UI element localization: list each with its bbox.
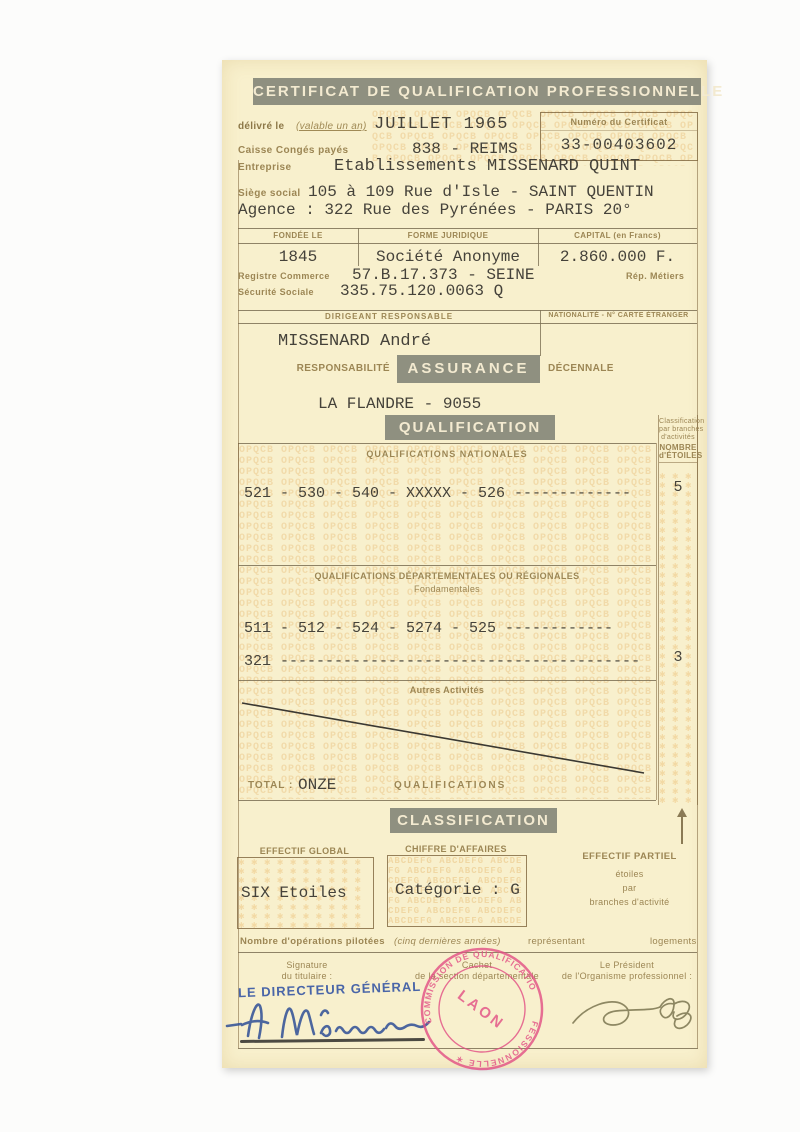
decennale-label: DÉCENNALE xyxy=(548,363,614,374)
entreprise-value: Etablissements MISSENARD QUINT xyxy=(334,157,640,176)
effectif-global-box: ✱ ✱ ✱ ✱ ✱ ✱ ✱ ✱ ✱ ✱ ✱ ✱ ✱ ✱ ✱ ✱ ✱ ✱ ✱ ✱ … xyxy=(237,857,374,929)
forme-header: FORME JURIDIQUE xyxy=(358,231,538,240)
total-label: TOTAL : xyxy=(248,780,293,791)
delivre-value: JUILLET 1965 xyxy=(374,115,508,134)
delivre-note: (valable un an) xyxy=(296,121,367,132)
assurance-label: ASSURANCE xyxy=(407,360,529,377)
caisse-value: 838 - REIMS xyxy=(412,140,518,158)
classification-bar: CLASSIFICATION xyxy=(390,808,557,833)
chiffre-affaires-box: ABCDEFG ABCDEFG ABCDEFG ABCDEFG ABCDEFG … xyxy=(387,855,527,927)
securite-value: 335.75.120.0063 Q xyxy=(340,282,503,300)
stars-header-line1: Classification xyxy=(659,418,697,426)
logements-label: logements xyxy=(650,936,697,947)
svg-text:COMMISSION DE QUALIFICATION PR: COMMISSION DE QUALIFICATION PRO xyxy=(412,937,539,1031)
titulaire-label1: Signature xyxy=(252,960,362,970)
fondee-value: 1845 xyxy=(238,248,358,266)
agence-value: Agence : 322 Rue des Pyrénées - PARIS 20… xyxy=(238,201,632,219)
effectif-partiel-sub3: branches d'activité xyxy=(562,897,697,907)
table-line-top xyxy=(238,228,697,229)
siege-value: 105 à 109 Rue d'Isle - SAINT QUENTIN xyxy=(308,183,654,201)
delivre-label: délivré le xyxy=(238,121,284,132)
fondee-header: FONDÉE LE xyxy=(238,231,358,240)
up-arrow-icon xyxy=(675,808,687,844)
assureur-value: LA FLANDRE - 9055 xyxy=(318,395,481,413)
chiffre-affaires-label: CHIFFRE D'AFFAIRES xyxy=(387,844,525,854)
dirigeant-header: DIRIGEANT RESPONSABLE xyxy=(238,312,540,321)
stars-pattern: ✱ ✱ ✱ ✱ ✱ ✱ ✱ ✱ ✱ ✱ ✱ ✱ ✱ ✱ ✱ ✱ ✱ ✱ ✱ ✱ … xyxy=(659,472,697,805)
president-label1: Le Président xyxy=(562,960,692,970)
qualification-line-bottom xyxy=(238,800,656,801)
commission-round-stamp: COMMISSION DE QUALIFICATION PRO FESSIONN… xyxy=(412,937,552,1077)
stars-column-header: Classification par branches d'activités … xyxy=(659,415,697,463)
numero-value: 33-00403602 xyxy=(541,131,697,154)
total-suffix: QUALIFICATIONS xyxy=(394,780,506,791)
qualification-bar: QUALIFICATION xyxy=(385,415,555,440)
president-label2: de l'Organisme professionnel : xyxy=(557,971,697,981)
forme-value: Société Anonyme xyxy=(358,248,538,266)
effectif-partiel-sub1: étoiles xyxy=(562,869,697,879)
certificate-paper: OPQCB OPQCB OPQCB OPQCB OPQCB OPQCB OPQC… xyxy=(222,60,707,1068)
responsabilite-label: RESPONSABILITÉ xyxy=(258,363,390,374)
stars-count-departementales: 3 xyxy=(659,649,697,666)
scanned-page: OPQCB OPQCB OPQCB OPQCB OPQCB OPQCB OPQC… xyxy=(0,0,800,1132)
numero-label: Numéro du Certificat xyxy=(541,113,697,131)
total-value: ONZE xyxy=(298,776,336,794)
rep-metiers-label: Rép. Métiers xyxy=(626,271,684,281)
dirigeant-line-bottom xyxy=(238,323,697,324)
president-signature xyxy=(567,985,697,1047)
numero-box: Numéro du Certificat 33-00403602 xyxy=(540,112,698,161)
certificate-title: CERTIFICAT DE QUALIFICATION PROFESSIONNE… xyxy=(253,83,724,100)
siege-label: Siège social xyxy=(238,188,301,199)
effectif-partiel-sub2: par xyxy=(562,883,697,893)
capital-value: 2.860.000 F. xyxy=(538,248,697,266)
operations-label: Nombre d'opérations pilotées xyxy=(240,936,385,947)
svg-text:LAON: LAON xyxy=(454,987,508,1033)
certificate-title-bar: CERTIFICAT DE QUALIFICATION PROFESSIONNE… xyxy=(253,78,701,105)
effectif-global-value: SIX Etoiles xyxy=(241,884,347,902)
table-line-bottom xyxy=(238,243,697,244)
stars-header-line5: d'ÉTOILES xyxy=(659,452,697,460)
qualification-title: QUALIFICATION xyxy=(399,419,541,436)
qualification-border-right xyxy=(656,443,657,800)
nationalite-header: NATIONALITÉ - N° CARTE ÉTRANGER xyxy=(540,312,697,319)
caisse-label: Caisse Congés payés xyxy=(238,145,348,156)
dirigeant-line-top xyxy=(238,310,697,311)
entreprise-label: Entreprise xyxy=(238,162,291,173)
stars-column: Classification par branches d'activités … xyxy=(658,415,698,805)
securite-label: Sécurité Sociale xyxy=(238,287,314,297)
capital-header: CAPITAL (en Francs) xyxy=(538,231,697,240)
strike-diagonal-line xyxy=(238,443,656,800)
assurance-block: ASSURANCE xyxy=(397,355,540,383)
titulaire-label2: du titulaire : xyxy=(252,971,362,981)
effectif-global-label: EFFECTIF GLOBAL xyxy=(237,846,372,856)
effectif-partiel-label: EFFECTIF PARTIEL xyxy=(562,851,697,862)
stars-header-line2: par branches xyxy=(659,426,697,434)
chiffre-affaires-value: Catégorie : G xyxy=(395,881,520,899)
registre-label: Registre Commerce xyxy=(238,271,330,281)
classification-title: CLASSIFICATION xyxy=(397,812,550,829)
stars-count-nationales: 5 xyxy=(659,479,697,496)
dirigeant-name: MISSENARD André xyxy=(278,332,431,351)
stars-header-line3: d'activités xyxy=(659,434,697,442)
